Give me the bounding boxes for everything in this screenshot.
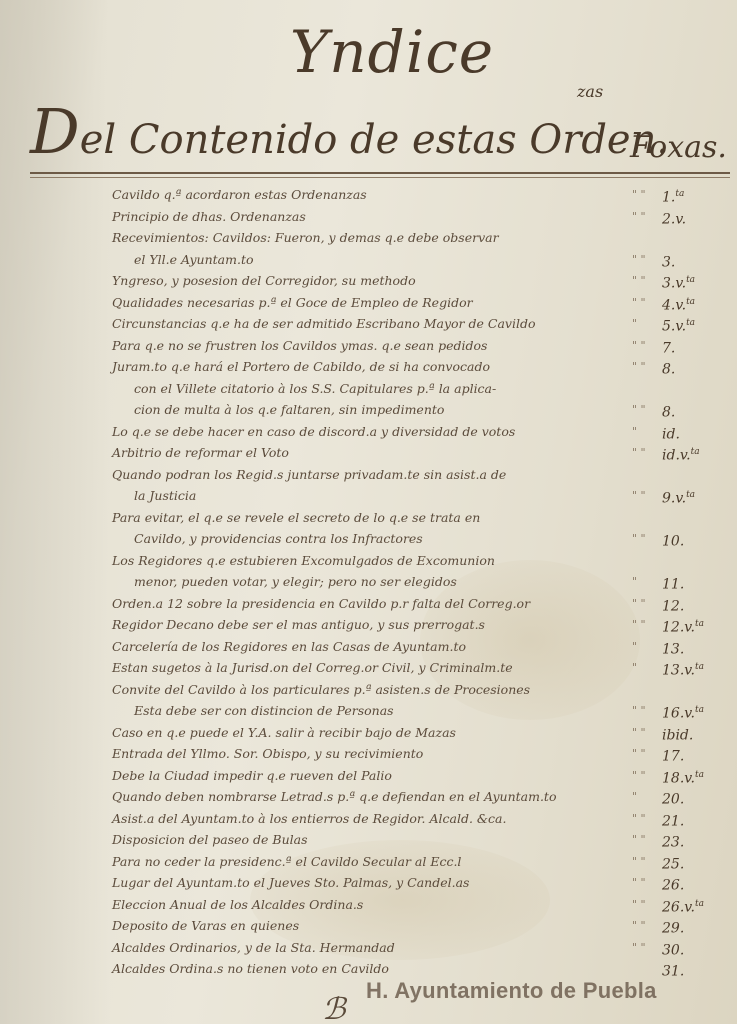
entry-text: Circunstancias q.e ha de ser admitido Es… bbox=[112, 313, 535, 335]
index-entry: cion de multa à los q.e faltaren, sin im… bbox=[112, 399, 732, 421]
entry-text: con el Villete citatorio à los S.S. Capi… bbox=[134, 378, 496, 400]
entry-text: Cavildo, y providencias contra los Infra… bbox=[134, 528, 423, 550]
index-entry: la Justicia" "9.v.ta bbox=[112, 485, 732, 507]
entry-ditto-marks: " " bbox=[632, 485, 646, 507]
entry-text: Para q.e no se frustren los Cavildos yma… bbox=[112, 335, 487, 357]
entry-text: Lugar del Ayuntam.to el Jueves Sto. Palm… bbox=[112, 872, 469, 894]
entry-text: Debe la Ciudad impedir q.e rueven del Pa… bbox=[112, 765, 392, 787]
index-entry: Yngreso, y posesion del Corregidor, su m… bbox=[112, 270, 732, 292]
entry-ditto-marks: " " bbox=[632, 894, 646, 916]
entry-text: cion de multa à los q.e faltaren, sin im… bbox=[134, 399, 444, 421]
entry-text: Alcaldes Ordina.s no tienen voto en Cavi… bbox=[112, 958, 389, 980]
entry-text: Carcelería de los Regidores en las Casas… bbox=[112, 636, 466, 658]
title-divider bbox=[30, 172, 730, 174]
index-entry: Lugar del Ayuntam.to el Jueves Sto. Palm… bbox=[112, 872, 732, 894]
entry-ditto-marks: " bbox=[632, 786, 637, 808]
entry-text: Alcaldes Ordinarios, y de la Sta. Herman… bbox=[112, 937, 395, 959]
index-entry: Disposicion del paseo de Bulas" "23. bbox=[112, 829, 732, 851]
index-entry: Para evitar, el q.e se revele el secreto… bbox=[112, 507, 732, 529]
entry-ditto-marks: " " bbox=[632, 808, 646, 830]
index-entry: Para no ceder la presidenc.ª el Cavildo … bbox=[112, 851, 732, 873]
entry-text: Deposito de Varas en quienes bbox=[112, 915, 299, 937]
entry-text: Entrada del Yllmo. Sor. Obispo, y su rec… bbox=[112, 743, 423, 765]
entry-text: Disposicion del paseo de Bulas bbox=[112, 829, 308, 851]
entry-folio-number: id. bbox=[662, 426, 680, 442]
entry-text: Convite del Cavildo à los particulares p… bbox=[112, 679, 530, 701]
entry-text: Para no ceder la presidenc.ª el Cavildo … bbox=[112, 851, 461, 873]
entry-ditto-marks: " " bbox=[632, 829, 646, 851]
entry-ditto-marks: " " bbox=[632, 184, 646, 206]
entry-folio-number: 9.v. bbox=[662, 491, 686, 507]
entry-text: Los Regidores q.e estubieren Excomulgado… bbox=[112, 550, 495, 572]
entry-folio-number: 8. bbox=[662, 362, 675, 378]
entry-text: Yngreso, y posesion del Corregidor, su m… bbox=[112, 270, 416, 292]
entry-folio-number: 23. bbox=[662, 835, 684, 851]
entry-folio-number: id.v. bbox=[662, 448, 691, 464]
entry-folio-number: 13.v. bbox=[662, 663, 695, 679]
entry-folio-number: 2.v. bbox=[662, 211, 686, 227]
entry-folio-number: 8. bbox=[662, 405, 675, 421]
title-superscript: zas bbox=[577, 82, 603, 101]
entry-folio-superscript: ta bbox=[686, 275, 695, 285]
entry-text: Eleccion Anual de los Alcaldes Ordina.s bbox=[112, 894, 363, 916]
entry-folio-number: 13. bbox=[662, 641, 684, 657]
entry-ditto-marks: " " bbox=[632, 872, 646, 894]
entry-folio-number: 25. bbox=[662, 856, 684, 872]
entry-ditto-marks: " " bbox=[632, 743, 646, 765]
entry-ditto-marks: " " bbox=[632, 356, 646, 378]
entry-text: Qualidades necesarias p.ª el Goce de Emp… bbox=[112, 292, 473, 314]
entry-ditto-marks: " " bbox=[632, 249, 646, 271]
signature-rubric: ℬ bbox=[322, 992, 346, 1024]
index-entry: con el Villete citatorio à los S.S. Capi… bbox=[112, 378, 732, 400]
entry-folio-number: 30. bbox=[662, 942, 684, 958]
entry-text: Regidor Decano debe ser el mas antiguo, … bbox=[112, 614, 485, 636]
entry-ditto-marks: " bbox=[632, 421, 637, 443]
entry-folio-number: 18.v. bbox=[662, 770, 695, 786]
entry-folio-number: 5.v. bbox=[662, 319, 686, 335]
index-entry: Carcelería de los Regidores en las Casas… bbox=[112, 636, 732, 658]
entry-text: Quando podran los Regid.s juntarse priva… bbox=[112, 464, 506, 486]
entry-ditto-marks: " " bbox=[632, 915, 646, 937]
index-entry: Debe la Ciudad impedir q.e rueven del Pa… bbox=[112, 765, 732, 787]
entry-folio-number: 20. bbox=[662, 792, 684, 808]
entry-folio-number: 29. bbox=[662, 921, 684, 937]
index-entry: Recevimientos: Cavildos: Fueron, y demas… bbox=[112, 227, 732, 249]
entry-folio-number: 17. bbox=[662, 749, 684, 765]
entry-folio-number: ibid. bbox=[662, 727, 693, 743]
entry-ditto-marks: " " bbox=[632, 335, 646, 357]
index-entry: Circunstancias q.e ha de ser admitido Es… bbox=[112, 313, 732, 335]
archive-watermark: H. Ayuntamiento de Puebla bbox=[366, 978, 657, 1004]
index-entry: Alcaldes Ordina.s no tienen voto en Cavi… bbox=[112, 958, 732, 980]
index-entry: Orden.a 12 sobre la presidencia en Cavil… bbox=[112, 593, 732, 615]
index-entry: Arbitrio de reformar el Voto" "id.v.ta bbox=[112, 442, 732, 464]
entry-folio-superscript: ta bbox=[675, 189, 684, 199]
title-initial-d: D bbox=[30, 95, 80, 168]
entry-folio-number: 7. bbox=[662, 340, 675, 356]
entry-text: Esta debe ser con distincion de Personas bbox=[134, 700, 394, 722]
entry-folio-number: 3. bbox=[662, 254, 675, 270]
entry-text: Recevimientos: Cavildos: Fueron, y demas… bbox=[112, 227, 499, 249]
index-entry: Convite del Cavildo à los particulares p… bbox=[112, 679, 732, 701]
entry-ditto-marks: " " bbox=[632, 722, 646, 744]
entry-text: Estan sugetos à la Jurisd.on del Correg.… bbox=[112, 657, 513, 679]
entry-ditto-marks: " " bbox=[632, 700, 646, 722]
entry-folio-superscript: ta bbox=[695, 770, 704, 780]
entry-folio-number: 3.v. bbox=[662, 276, 686, 292]
entry-text: Orden.a 12 sobre la presidencia en Cavil… bbox=[112, 593, 530, 615]
entry-ditto-marks: " " bbox=[632, 442, 646, 464]
entry-folio-number: 21. bbox=[662, 813, 684, 829]
index-entry: Los Regidores q.e estubieren Excomulgado… bbox=[112, 550, 732, 572]
entry-folio-number: 31. bbox=[662, 964, 684, 980]
entry-folio-number: 12. bbox=[662, 598, 684, 614]
entry-ditto-marks: " bbox=[632, 571, 637, 593]
entry-ditto-marks: " " bbox=[632, 614, 646, 636]
entry-text: menor, pueden votar, y elegir; pero no s… bbox=[134, 571, 457, 593]
title-subtitle: Del Contenido de estas Orden. bbox=[30, 95, 669, 168]
index-entry: Estan sugetos à la Jurisd.on del Correg.… bbox=[112, 657, 732, 679]
index-entry: Quando podran los Regid.s juntarse priva… bbox=[112, 464, 732, 486]
index-entry: Juram.to q.e hará el Portero de Cabildo,… bbox=[112, 356, 732, 378]
entry-text: Para evitar, el q.e se revele el secreto… bbox=[112, 507, 480, 529]
entry-folio: 31. bbox=[662, 958, 684, 983]
entry-folio-number: 10. bbox=[662, 534, 684, 550]
entry-text: Quando deben nombrarse Letrad.s p.ª q.e … bbox=[112, 786, 556, 808]
entry-ditto-marks: " bbox=[632, 657, 637, 679]
title-divider-thin bbox=[30, 177, 730, 178]
index-entry: menor, pueden votar, y elegir; pero no s… bbox=[112, 571, 732, 593]
index-entry: Cavildo q.ª acordaron estas Ordenanzas" … bbox=[112, 184, 732, 206]
entry-folio-superscript: ta bbox=[695, 619, 704, 629]
entry-folio-number: 4.v. bbox=[662, 297, 686, 313]
entry-text: Asist.a del Ayuntam.to à los entierros d… bbox=[112, 808, 506, 830]
index-entry: Eleccion Anual de los Alcaldes Ordina.s"… bbox=[112, 894, 732, 916]
index-entry: Asist.a del Ayuntam.to à los entierros d… bbox=[112, 808, 732, 830]
title-subtitle-text: el Contenido de estas Orden. bbox=[80, 117, 669, 163]
index-entries-list: Cavildo q.ª acordaron estas Ordenanzas" … bbox=[112, 184, 732, 980]
entry-ditto-marks: " bbox=[632, 636, 637, 658]
entry-ditto-marks: " bbox=[632, 313, 637, 335]
entry-ditto-marks: " " bbox=[632, 937, 646, 959]
entry-folio-number: 11. bbox=[662, 577, 684, 593]
index-entry: Lo q.e se debe hacer en caso de discord.… bbox=[112, 421, 732, 443]
index-entry: Deposito de Varas en quienes" "29. bbox=[112, 915, 732, 937]
entry-text: Lo q.e se debe hacer en caso de discord.… bbox=[112, 421, 515, 443]
index-entry: Principio de dhas. Ordenanzas" "2.v. bbox=[112, 206, 732, 228]
entry-folio-superscript: ta bbox=[686, 318, 695, 328]
folio-column-header: Foxas. bbox=[630, 130, 727, 165]
entry-text: Arbitrio de reformar el Voto bbox=[112, 442, 289, 464]
entry-text: Principio de dhas. Ordenanzas bbox=[112, 206, 306, 228]
title-indice: Yndice bbox=[290, 18, 494, 86]
entry-text: Cavildo q.ª acordaron estas Ordenanzas bbox=[112, 184, 367, 206]
entry-text: Caso en q.e puede el Y.A. salir à recibi… bbox=[112, 722, 456, 744]
entry-ditto-marks: " " bbox=[632, 206, 646, 228]
entry-ditto-marks: " " bbox=[632, 292, 646, 314]
index-entry: Quando deben nombrarse Letrad.s p.ª q.e … bbox=[112, 786, 732, 808]
entry-folio-superscript: ta bbox=[686, 297, 695, 307]
index-entry: Qualidades necesarias p.ª el Goce de Emp… bbox=[112, 292, 732, 314]
entry-folio-number: 26. bbox=[662, 878, 684, 894]
entry-ditto-marks: " " bbox=[632, 528, 646, 550]
entry-ditto-marks: " " bbox=[632, 399, 646, 421]
entry-folio-superscript: ta bbox=[695, 662, 704, 672]
entry-folio-superscript: ta bbox=[691, 447, 700, 457]
index-entry: Esta debe ser con distincion de Personas… bbox=[112, 700, 732, 722]
index-entry: Cavildo, y providencias contra los Infra… bbox=[112, 528, 732, 550]
entry-ditto-marks: " " bbox=[632, 851, 646, 873]
entry-ditto-marks: " " bbox=[632, 270, 646, 292]
entry-folio-superscript: ta bbox=[695, 899, 704, 909]
entry-text: la Justicia bbox=[134, 485, 196, 507]
entry-text: Juram.to q.e hará el Portero de Cabildo,… bbox=[112, 356, 490, 378]
index-entry: Entrada del Yllmo. Sor. Obispo, y su rec… bbox=[112, 743, 732, 765]
entry-folio-number: 16.v. bbox=[662, 706, 695, 722]
index-entry: Para q.e no se frustren los Cavildos yma… bbox=[112, 335, 732, 357]
index-entry: Alcaldes Ordinarios, y de la Sta. Herman… bbox=[112, 937, 732, 959]
entry-folio-number: 1. bbox=[662, 190, 675, 206]
index-entry: Regidor Decano debe ser el mas antiguo, … bbox=[112, 614, 732, 636]
entry-ditto-marks: " " bbox=[632, 593, 646, 615]
index-entry: Caso en q.e puede el Y.A. salir à recibi… bbox=[112, 722, 732, 744]
index-entry: el Yll.e Ayuntam.to" "3. bbox=[112, 249, 732, 271]
entry-folio-number: 12.v. bbox=[662, 620, 695, 636]
entry-folio-superscript: ta bbox=[695, 705, 704, 715]
entry-ditto-marks: " " bbox=[632, 765, 646, 787]
entry-folio-superscript: ta bbox=[686, 490, 695, 500]
entry-folio-number: 26.v. bbox=[662, 899, 695, 915]
entry-text: el Yll.e Ayuntam.to bbox=[134, 249, 254, 271]
